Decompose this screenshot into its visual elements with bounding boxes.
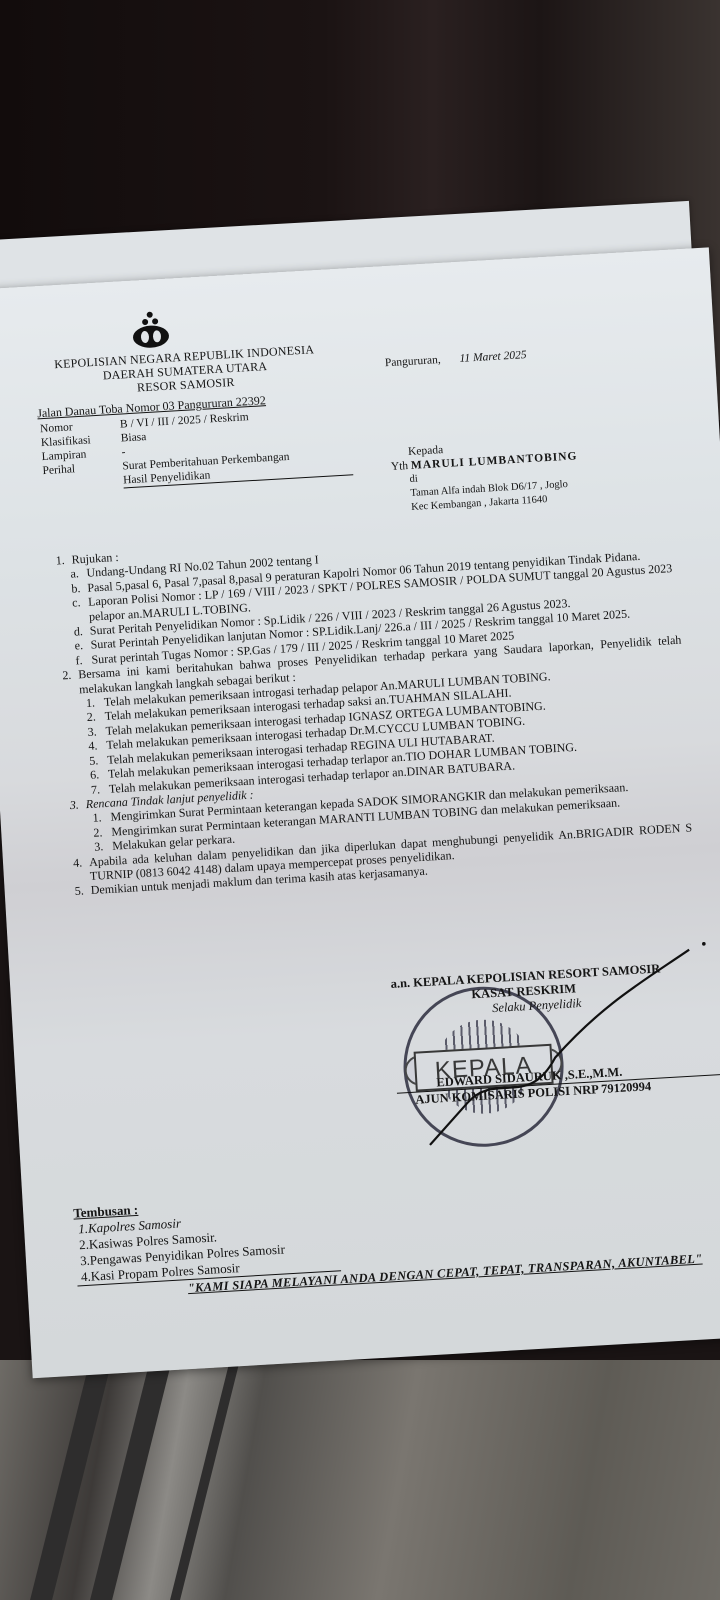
date: 11 Maret 2025	[459, 349, 527, 365]
tembusan-block: Tembusan : 1.Kapolres Samosir2.Kasiwas P…	[73, 1190, 341, 1286]
background-plaid-fabric	[0, 1360, 720, 1600]
letter-body: 1.Rujukan : a.Undang-Undang RI No.02 Tah…	[55, 518, 694, 899]
letter-content: KEPOLISIAN NEGARA REPUBLIK INDONESIA DAE…	[22, 279, 681, 317]
police-emblem-icon	[129, 309, 171, 351]
handwritten-signature-icon	[399, 937, 720, 1156]
letter-page: KEPOLISIAN NEGARA REPUBLIK INDONESIA DAE…	[0, 247, 720, 1378]
yth-label: Yth	[391, 460, 409, 473]
place-date: Pangururan, 11 Maret 2025	[385, 348, 527, 371]
recipient-block: Kepada Yth MARULI LUMBANTOBING di Taman …	[390, 435, 581, 516]
place: Pangururan,	[385, 354, 441, 369]
